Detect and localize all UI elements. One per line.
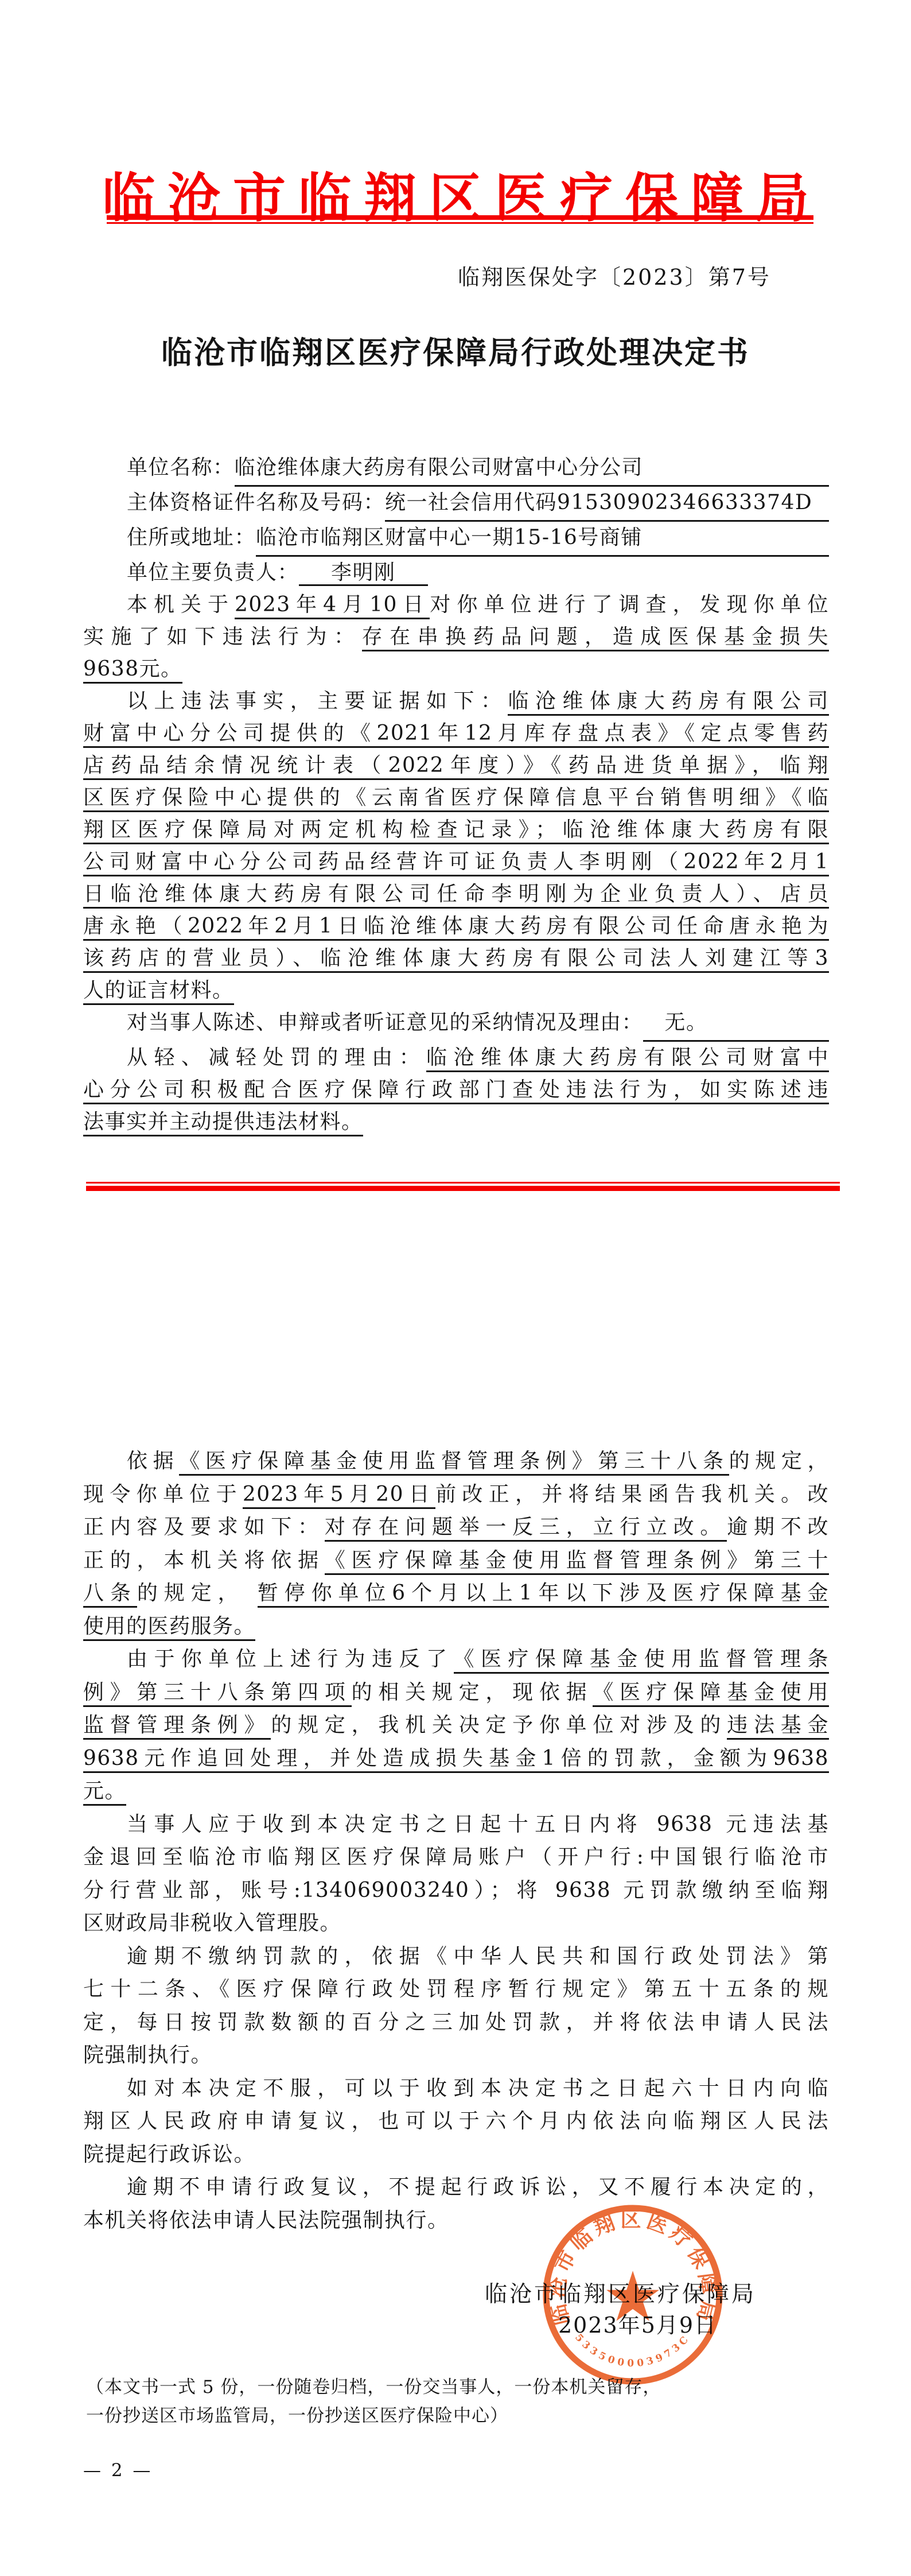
underlined-text: 存在串换药品问题，造成医保基金损失 — [362, 625, 829, 651]
body-line: 店药品结余情况统计表（2022年度）》《药品进货单据》，临翔 — [83, 750, 829, 782]
body-page-2: 依据《医疗保障基金使用监督管理条例》第三十八条的规定，现令你单位于2023年5月… — [83, 1445, 829, 2237]
text-run: 对你单位进行了调查，发现你单位 — [430, 593, 829, 616]
distribution-note-line: 一份抄送区市场监管局，一份抄送区医疗保险中心） — [86, 2402, 866, 2430]
text-run: 的规定，我机关决定予你单位对涉及的 — [271, 1713, 727, 1737]
text-run: 分行营业部，账号:134069003240）；将 9638 元罚款缴纳至临翔 — [83, 1879, 829, 1902]
body-line: 翔区医疗保障局对两定机构检查记录》；临沧维体康大药房有限 — [83, 814, 829, 846]
body-line: 正的，本机关将依据《医疗保障基金使用监督管理条例》第三十 — [83, 1544, 829, 1577]
text-run: 当事人应于收到本决定书之日起十五日内将 9638 元违法基 — [127, 1813, 829, 1836]
underlined-text: 八条 — [83, 1581, 137, 1608]
text-run: 主体资格证件名称及号码： — [127, 487, 385, 522]
body-line: 逾期不申请行政复议，不提起行政诉讼，又不履行本决定的， — [83, 2171, 829, 2204]
underlined-text: 无。 — [643, 1007, 829, 1042]
body-line: 心分公司积极配合医疗保障行政部门查处违法行为，如实陈述违 — [83, 1074, 829, 1106]
text-run: 单位主要负责人： — [127, 561, 299, 584]
text-run: 住所或地址： — [127, 522, 256, 557]
text-run: 以上违法事实，主要证据如下： — [127, 689, 508, 713]
page-break-line-thick — [86, 1186, 840, 1191]
body-line: 单位名称：临沧维体康大药房有限公司财富中心分公司 — [83, 452, 829, 487]
text-run: 定，每日按罚款数额的百分之三加处罚款，并将依法申请人民法 — [83, 2011, 829, 2034]
body-line: 院强制执行。 — [83, 2039, 829, 2072]
underlined-text: 该药店的营业员）、临沧维体康大药房有限公司法人刘建江等3 — [83, 946, 829, 973]
body-line: 9638元。 — [83, 653, 829, 685]
seal-star-icon: ★ — [602, 2257, 664, 2337]
underlined-text: 暂停你单位6个月以上1年以下涉及医疗保障基金 — [258, 1581, 829, 1608]
body-line: 日临沧维体康大药房有限公司任命李明刚为企业负责人）、店员 — [83, 878, 829, 910]
body-line: 由于你单位上述行为违反了《医疗保障基金使用监督管理条 — [83, 1643, 829, 1676]
body-page-1: 单位名称：临沧维体康大药房有限公司财富中心分公司主体资格证件名称及号码：统一社会… — [83, 452, 829, 1138]
underlined-text: 财富中心分公司提供的《2021年12月库存盘点表》《定点零售药 — [83, 721, 829, 748]
underlined-text: 法事实并主动提供违法材料。 — [83, 1110, 363, 1136]
body-line: 金退回至临沧市临翔区医疗保障局账户（开户行:中国银行临沧市 — [83, 1841, 829, 1874]
body-line: 现令你单位于2023年5月20日前改正，并将结果函告我机关。改 — [83, 1478, 829, 1511]
underlined-text: 公司财富中心分公司药品经营许可证负责人李明刚（2022年2月1 — [83, 850, 829, 876]
body-line: 从轻、减轻处罚的理由：临沧维体康大药房有限公司财富中 — [83, 1042, 829, 1074]
body-line: 法事实并主动提供违法材料。 — [83, 1106, 829, 1138]
body-line: 以上违法事实，主要证据如下：临沧维体康大药房有限公司 — [83, 685, 829, 717]
body-line: 单位主要负责人：李明刚 — [83, 557, 829, 589]
text-run: 实施了如下违法行为： — [83, 625, 362, 649]
body-line: 区医疗保险中心提供的《云南省医疗保障信息平台销售明细》《临 — [83, 782, 829, 814]
body-line: 翔区人民政府申请复议，也可以于六个月内依法向临翔区人民法 — [83, 2105, 829, 2138]
text-run: 依据 — [127, 1449, 179, 1473]
body-line: 唐永艳（2022年2月1日临沧维体康大药房有限公司任命唐永艳为 — [83, 910, 829, 942]
body-line: 七十二条、《医疗保障行政处罚程序暂行规定》第五十五条的规 — [83, 1973, 829, 2006]
letterhead-separator-thin — [107, 222, 813, 224]
body-line: 监督管理条例》的规定，我机关决定予你单位对涉及的违法基金 — [83, 1709, 829, 1742]
underlined-text: 2023年4月10日 — [235, 593, 430, 619]
underlined-text: 9638元作追回处理，并处造成损失基金1倍的罚款，金额为9638 — [83, 1747, 829, 1773]
body-line: 主体资格证件名称及号码：统一社会信用代码91530902346633374D — [83, 487, 829, 522]
body-line: 正内容及要求如下：对存在问题举一反三，立行立改。逾期不改 — [83, 1511, 829, 1544]
text-run: 翔区人民政府申请复议，也可以于六个月内依法向临翔区人民法 — [83, 2109, 829, 2133]
text-run: 对当事人陈述、申辩或者听证意见的采纳情况及理由： — [127, 1007, 643, 1042]
body-line: 分行营业部，账号:134069003240）；将 9638 元罚款缴纳至临翔 — [83, 1874, 829, 1907]
underlined-text: 翔区医疗保障局对两定机构检查记录》；临沧维体康大药房有限 — [83, 818, 829, 844]
document-title: 临沧市临翔区医疗保障局行政处理决定书 — [0, 328, 911, 373]
underlined-text: 违法基金 — [727, 1713, 829, 1740]
underlined-text: 临沧维体康大药房有限公司财富中心分公司 — [235, 452, 829, 487]
page-number: — 2 — — [83, 2460, 153, 2481]
text-run: 本机关将依法申请人民法院强制执行。 — [83, 2209, 449, 2232]
body-line: 本机关于2023年4月10日对你单位进行了调查，发现你单位 — [83, 589, 829, 621]
underlined-text: 监督管理条例》 — [83, 1713, 271, 1740]
underlined-text: 《医疗保障基金使用监督管理条例》第三十八条 — [179, 1449, 729, 1476]
text-run: 的规定， — [137, 1581, 258, 1605]
text-run: 前改正，并将结果函告我机关。改 — [435, 1483, 829, 1506]
underlined-text: 唐永艳（2022年2月1日临沧维体康大药房有限公司任命唐永艳为 — [83, 914, 829, 941]
distribution-note: （本文书一式 5 份，一份随卷归档，一份交当事人，一份本机关留存， 一份抄送区市… — [86, 2373, 866, 2430]
letterhead-separator-thick — [107, 215, 813, 220]
distribution-note-line: （本文书一式 5 份，一份随卷归档，一份交当事人，一份本机关留存， — [86, 2373, 866, 2402]
body-line: 实施了如下违法行为：存在串换药品问题，造成医保基金损失 — [83, 621, 829, 653]
underlined-text: 日临沧维体康大药房有限公司任命李明刚为企业负责人）、店员 — [83, 882, 829, 909]
text-run: 院提起行政诉讼。 — [83, 2143, 255, 2166]
official-seal: ★ 临沧市临翔区医疗保障局 533500003973C — [540, 2202, 726, 2388]
underlined-text: 使用的医药服务。 — [83, 1615, 255, 1641]
underlined-text: 2023年5月20日 — [243, 1483, 435, 1509]
body-line: 财富中心分公司提供的《2021年12月库存盘点表》《定点零售药 — [83, 717, 829, 750]
underlined-text: 临沧市临翔区财富中心一期15-16号商铺 — [256, 522, 829, 557]
text-run: 金退回至临沧市临翔区医疗保障局账户（开户行:中国银行临沧市 — [83, 1845, 829, 1869]
body-line: 使用的医药服务。 — [83, 1610, 829, 1643]
underlined-text: 人的证言材料。 — [83, 979, 234, 1005]
underlined-text: 《医疗保障基金使用监督管理条 — [454, 1647, 829, 1674]
body-line: 住所或地址：临沧市临翔区财富中心一期15-16号商铺 — [83, 522, 829, 557]
text-run: 七十二条、《医疗保障行政处罚程序暂行规定》第五十五条的规 — [83, 1977, 829, 2001]
seal-code: 533500003973C — [573, 2332, 693, 2369]
text-run: 现令你单位于 — [83, 1483, 243, 1506]
body-line: 依据《医疗保障基金使用监督管理条例》第三十八条的规定， — [83, 1445, 829, 1478]
underlined-text: 店药品结余情况统计表（2022年度）》《药品进货单据》，临翔 — [83, 754, 829, 780]
body-line: 八条的规定， 暂停你单位6个月以上1年以下涉及医疗保障基金 — [83, 1577, 829, 1610]
body-line: 元。 — [83, 1775, 829, 1808]
underlined-text: 李明刚 — [299, 561, 428, 586]
underlined-text: 临沧维体康大药房有限公司财富中 — [426, 1046, 829, 1072]
underlined-text: 临沧维体康大药房有限公司 — [508, 689, 829, 716]
underlined-text: 统一社会信用代码91530902346633374D — [385, 487, 829, 522]
text-run: 逾期不缴纳罚款的，依据《中华人民共和国行政处罚法》第 — [127, 1945, 829, 1968]
text-run: 的相关规定，现依据 — [352, 1681, 593, 1704]
body-line: 对当事人陈述、申辩或者听证意见的采纳情况及理由： 无。 — [83, 1007, 829, 1042]
text-run: 区财政局非税收入管理股。 — [83, 1911, 341, 1935]
letterhead-agency-title: 临沧市临翔区医疗保障局 — [0, 156, 911, 232]
underlined-text: 心分公司积极配合医疗保障行政部门查处违法行为，如实陈述违 — [83, 1078, 829, 1104]
underlined-text: 元。 — [83, 1779, 126, 1806]
text-run: 逾期不申请行政复议，不提起行政诉讼，又不履行本决定的， — [127, 2175, 829, 2199]
body-line: 逾期不缴纳罚款的，依据《中华人民共和国行政处罚法》第 — [83, 1940, 829, 1973]
text-run: 院强制执行。 — [83, 2043, 212, 2067]
text-run: 正内容及要求如下： — [83, 1515, 325, 1539]
body-line: 定，每日按罚款数额的百分之三加处罚款，并将依法申请人民法 — [83, 2006, 829, 2039]
underlined-text: 例》第三十八条第四项 — [83, 1681, 352, 1707]
body-line: 如对本决定不服，可以于收到本决定书之日起六十日内向临 — [83, 2072, 829, 2105]
text-run: 如对本决定不服，可以于收到本决定书之日起六十日内向临 — [127, 2077, 829, 2100]
text-run: 的规定， — [729, 1449, 829, 1473]
body-line: 该药店的营业员）、临沧维体康大药房有限公司法人刘建江等3 — [83, 942, 829, 975]
text-run: 从轻、减轻处罚的理由： — [127, 1046, 426, 1069]
body-line: 当事人应于收到本决定书之日起十五日内将 9638 元违法基 — [83, 1808, 829, 1841]
text-run: 单位名称： — [127, 452, 235, 487]
body-line: 例》第三十八条第四项的相关规定，现依据《医疗保障基金使用 — [83, 1676, 829, 1709]
underlined-text: 《医疗保障基金使用监督管理条例》第三十 — [325, 1549, 829, 1575]
text-run: 逾期不改 — [727, 1515, 829, 1539]
text-run: 由于你单位上述行为违反了 — [127, 1647, 454, 1671]
text-run: 正的，本机关将依据 — [83, 1549, 325, 1572]
underlined-text: 对存在问题举一反三，立行立改。 — [325, 1515, 727, 1542]
document-number: 临翔医保处字〔2023〕第7号 — [458, 259, 771, 291]
body-line: 人的证言材料。 — [83, 975, 829, 1007]
body-line: 公司财富中心分公司药品经营许可证负责人李明刚（2022年2月1 — [83, 846, 829, 878]
underlined-text: 《医疗保障基金使用 — [593, 1681, 829, 1707]
seal-code-text-path: 533500003973C — [573, 2332, 693, 2369]
underlined-text: 9638元。 — [83, 657, 182, 684]
text-run: 本机关于 — [127, 593, 235, 616]
body-line: 9638元作追回处理，并处造成损失基金1倍的罚款，金额为9638 — [83, 1742, 829, 1775]
underlined-text: 区医疗保险中心提供的《云南省医疗保障信息平台销售明细》《临 — [83, 786, 829, 812]
page-break-line-thin — [86, 1182, 840, 1184]
body-line: 院提起行政诉讼。 — [83, 2138, 829, 2171]
document-page: { "colors": { "red": "#f40000", "seal": … — [0, 0, 911, 2576]
body-line: 区财政局非税收入管理股。 — [83, 1907, 829, 1940]
